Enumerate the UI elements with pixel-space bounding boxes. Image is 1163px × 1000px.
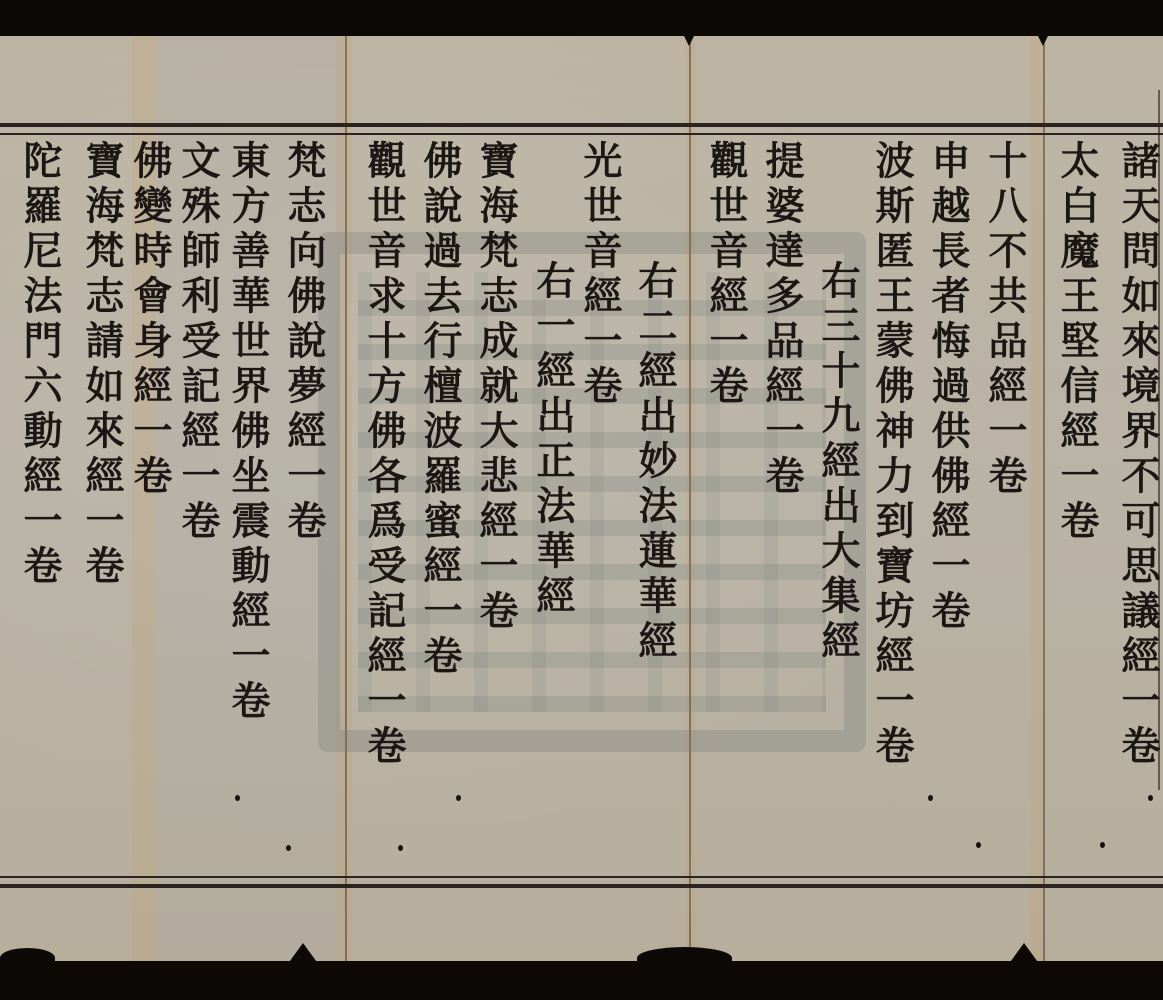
text-column: 寶海梵志請如來經一卷 <box>82 140 121 590</box>
text-column: 陀羅尼法門六動經一卷 <box>20 140 59 590</box>
text-column: 觀世音經一卷 <box>706 140 745 410</box>
paper-notch <box>683 34 695 46</box>
text-column: 觀世音求十方佛各爲受記經一卷 <box>364 140 403 770</box>
ink-dot-marker <box>1148 795 1153 801</box>
text-column: 諸天問如來境界不可思議經一卷 <box>1118 140 1157 770</box>
top-border-rule-thick <box>0 123 1163 127</box>
source-note-column: 右二經出妙法蓮華經 <box>635 260 674 665</box>
text-column: 東方善華世界佛坐震動經一卷 <box>228 140 267 725</box>
source-note-column: 右三十九經出大集經 <box>818 260 857 665</box>
text-column: 佛說過去行檀波羅蜜經一卷 <box>420 140 459 680</box>
text-column: 文殊師利受記經一卷 <box>178 140 217 545</box>
torn-edge <box>637 947 732 969</box>
text-column: 太白魔王堅信經一卷 <box>1057 140 1096 545</box>
ink-dot-marker <box>456 795 461 801</box>
scanned-page-spread: large square seal impression (faint grey… <box>0 0 1163 1000</box>
paper-notch <box>1037 34 1049 46</box>
page-fold-line <box>1043 36 1045 961</box>
text-column: 波斯匿王蒙佛神力到寶坊經一卷 <box>872 140 911 770</box>
top-border-rule-thin <box>0 133 1163 135</box>
ink-dot-marker <box>398 845 403 851</box>
source-note-column: 右一經出正法華經 <box>533 260 572 620</box>
ink-dot-marker <box>235 795 240 801</box>
bottom-border-rule-thick <box>0 884 1163 888</box>
bottom-border-rule-thin <box>0 876 1163 878</box>
ink-dot-marker <box>286 845 291 851</box>
paper-notch <box>287 943 319 965</box>
paper-strip <box>1030 36 1044 961</box>
paper-notch <box>1008 943 1040 965</box>
text-column: 梵志向佛說夢經一卷 <box>284 140 323 545</box>
text-column: 佛變時會身經一卷 <box>130 140 169 500</box>
text-column: 申越長者悔過供佛經一卷 <box>928 140 967 635</box>
ink-dot-marker <box>928 795 933 801</box>
torn-edge <box>0 948 55 968</box>
ink-dot-marker <box>976 842 981 848</box>
ink-dot-marker <box>1100 842 1105 848</box>
text-column: 寶海梵志成就大悲經一卷 <box>476 140 515 635</box>
text-column: 光世音經一卷 <box>580 140 619 410</box>
text-column: 十八不共品經一卷 <box>985 140 1024 500</box>
text-column: 提婆達多品經一卷 <box>762 140 801 500</box>
